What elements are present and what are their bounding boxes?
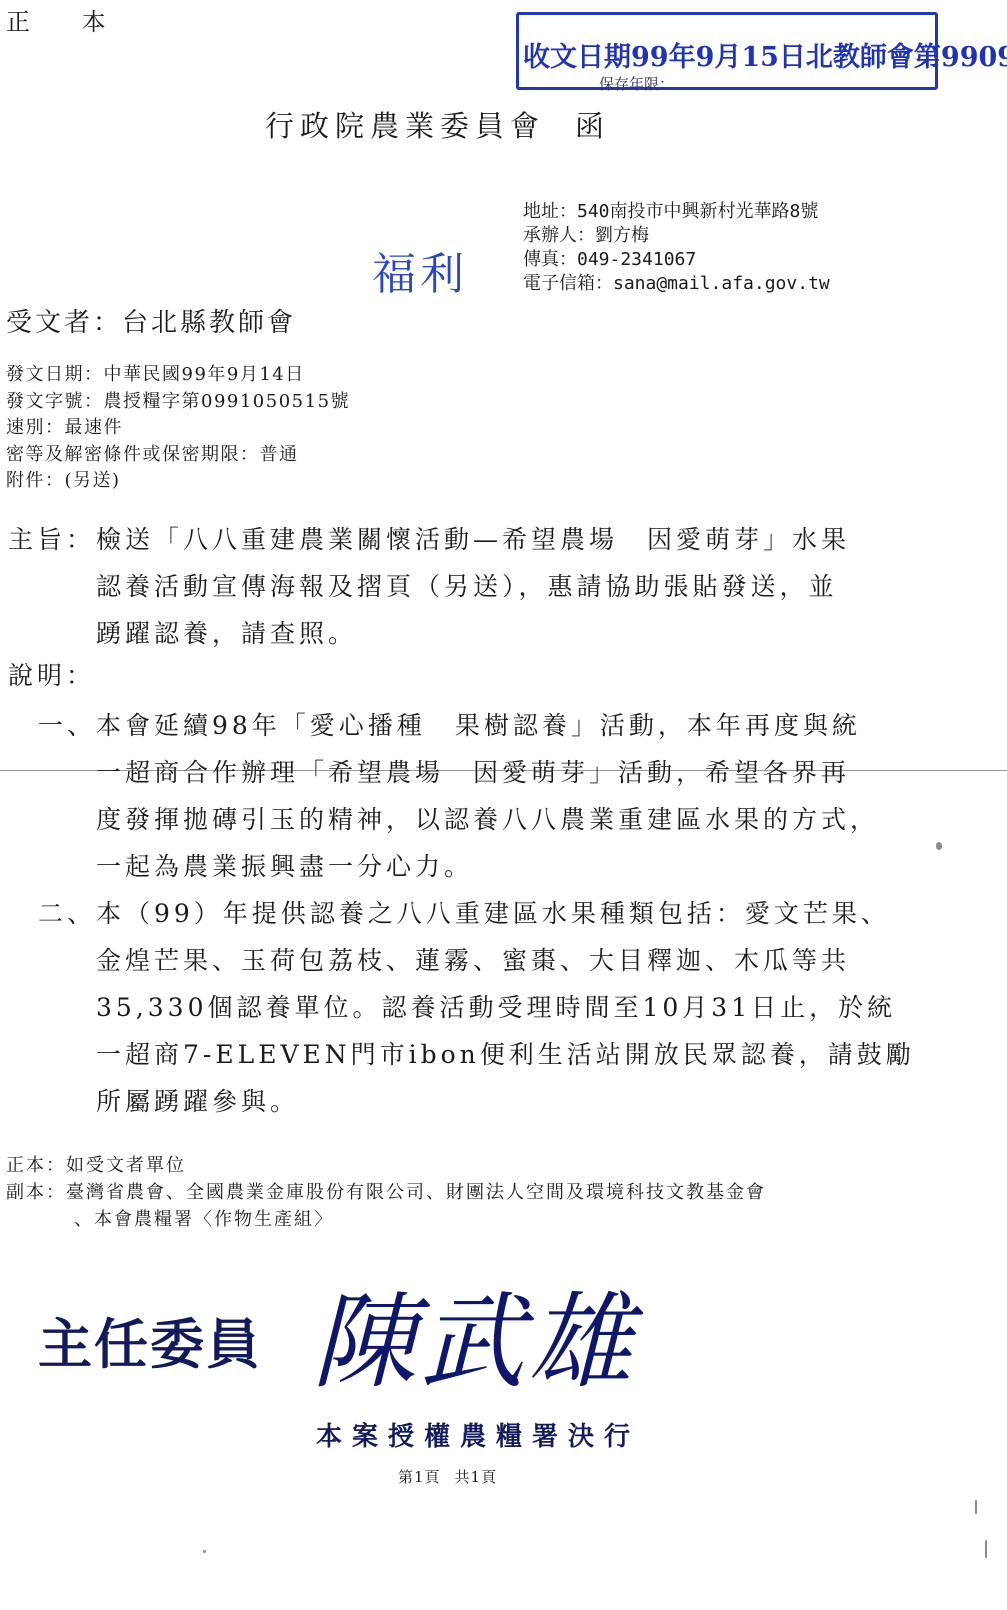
delegation-stamp: 本案授權農糧署決行 [316, 1416, 640, 1453]
address: 地址：540南投市中興新村光華路8號 [523, 200, 830, 224]
receipt-stamp: 收文日期99年9月15日北教師會第990920號 保存年限： [516, 12, 938, 90]
copy-recipients-continued: 、本會農糧署〈作物生產組〉 [6, 1206, 766, 1233]
item-line: 一起為農業振興盡一分心力。 [96, 843, 879, 890]
subject-line: 檢送「八八重建農業關懷活動—希望農場 因愛萌芽」水果 [96, 516, 850, 563]
scan-speck [985, 1540, 987, 1558]
scan-speck [936, 842, 942, 850]
handler: 承辦人：劉方梅 [523, 224, 830, 248]
handwritten-signature: 陳武雄 [312, 1258, 636, 1408]
explanation-label: 說明： [8, 656, 95, 692]
original-recipient: 正本：如受文者單位 [6, 1152, 766, 1179]
subject-label: 主旨： [8, 516, 95, 563]
item-line: 一超商合作辦理「希望農場 因愛萌芽」活動，希望各界再 [96, 749, 879, 796]
item-line: 本（99）年提供認養之八八重建區水果種類包括：愛文芒果、 [96, 890, 915, 937]
copy-marker: 正 本 [6, 2, 128, 37]
item-line: 35,330個認養單位。認養活動受理時間至10月31日止，於統 [96, 984, 915, 1031]
contact-block: 地址：540南投市中興新村光華路8號 承辦人：劉方梅 傳真：049-234106… [523, 200, 830, 296]
subject-line: 認養活動宣傳海報及摺頁（另送），惠請協助張貼發送，並 [96, 563, 850, 610]
category-stamp: 福利 [372, 238, 468, 302]
signatory-title: 主任委員 [38, 1302, 262, 1379]
issue-date: 發文日期：中華民國99年9月14日 [6, 362, 350, 389]
item-line: 所屬踴躍參與。 [96, 1078, 915, 1125]
retention-period-label: 保存年限： [599, 73, 674, 94]
document-meta: 發文日期：中華民國99年9月14日 發文字號：農授糧字第0991050515號 … [6, 362, 350, 495]
subject-line: 踴躍認養，請查照。 [96, 610, 850, 657]
distribution-list: 正本：如受文者單位 副本：臺灣省農會、全國農業金庫股份有限公司、財團法人空間及環… [6, 1152, 766, 1233]
copy-recipients: 副本：臺灣省農會、全國農業金庫股份有限公司、財團法人空間及環境科技文教基金會 [6, 1179, 766, 1206]
document-number: 發文字號：農授糧字第0991050515號 [6, 389, 350, 416]
scan-speck [203, 1550, 206, 1553]
attachment: 附件：(另送) [6, 468, 350, 495]
classification: 密等及解密條件或保密期限：普通 [6, 442, 350, 469]
item-line: 本會延續98年「愛心播種 果樹認養」活動，本年再度與統 [96, 702, 879, 749]
scan-speck [975, 1500, 977, 1514]
priority: 速別：最速件 [6, 415, 350, 442]
recipient: 受文者：台北縣教師會 [6, 302, 296, 339]
item-line: 度發揮拋磚引玉的精神，以認養八八農業重建區水果的方式， [96, 796, 879, 843]
page-total: 共1頁 [455, 1468, 498, 1486]
email: 電子信箱：sana@mail.afa.gov.tw [523, 272, 830, 296]
item-number: 二、 [38, 890, 96, 937]
page-number: 第1頁 [398, 1468, 441, 1486]
document-type: 函 [575, 109, 610, 143]
receipt-stamp-text: 收文日期99年9月15日北教師會第990920號 [523, 35, 1007, 74]
letterhead: 行政院農業委員會函 [265, 104, 610, 145]
item-line: 一超商7-ELEVEN門市ibon便利生活站開放民眾認養，請鼓勵 [96, 1031, 915, 1078]
item-number: 一、 [38, 702, 96, 749]
organization-name: 行政院農業委員會 [265, 109, 545, 143]
page-footer: 第1頁共1頁 [398, 1466, 497, 1487]
item-line: 金煌芒果、玉荷包荔枝、蓮霧、蜜棗、大目釋迦、木瓜等共 [96, 937, 915, 984]
fax: 傳真：049-2341067 [523, 248, 830, 272]
